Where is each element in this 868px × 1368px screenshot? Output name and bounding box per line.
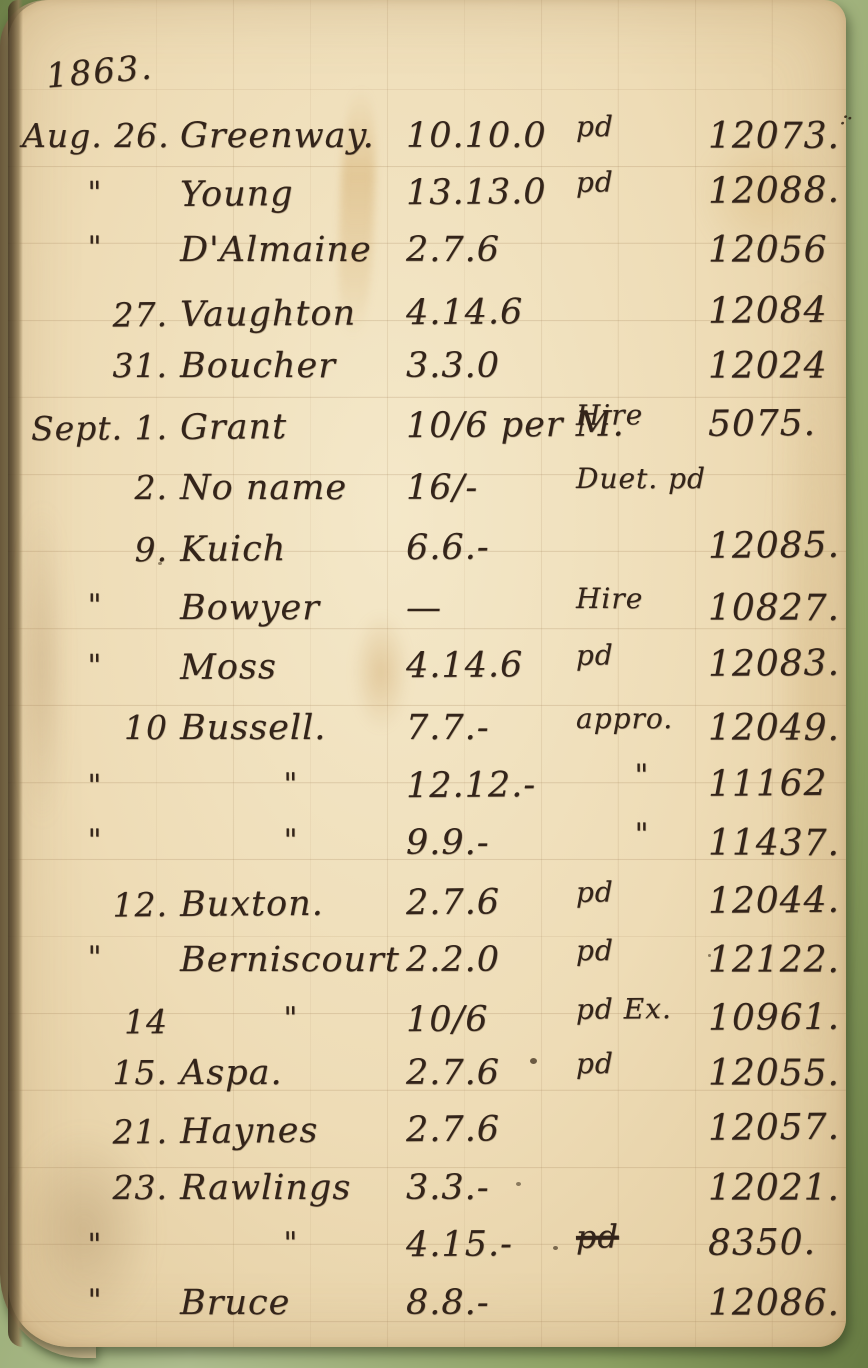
entry-date: ": [22, 768, 168, 804]
entry-amount: —: [406, 588, 572, 628]
entry-name: Moss: [180, 646, 402, 688]
entry-name: Berniscourt: [180, 940, 402, 980]
entry-amount: 9.9.-: [406, 823, 572, 863]
ledger-row: 12. Buxton. 2.7.6 pd 12044.: [8, 874, 846, 937]
entry-date: ": [22, 648, 168, 684]
entry-amount: 16/-: [406, 468, 572, 508]
entry-date: 31.: [22, 346, 168, 385]
ledger-page: :· 1863. Aug. 26. Greenway. 10.10.0 pd 1…: [8, 0, 846, 1347]
entry-date: Aug. 26.: [22, 116, 168, 155]
entry-name: Aspa.: [180, 1053, 402, 1093]
entry-remark: [576, 520, 708, 521]
entry-date: 9.: [22, 530, 168, 570]
entry-number: 12085.: [708, 525, 850, 567]
entry-date: ": [22, 940, 168, 975]
entry-date: 27.: [22, 295, 168, 335]
entry-amount: 2.7.6: [406, 1053, 572, 1093]
entry-number: 12044.: [708, 880, 850, 922]
entry-amount: 2.7.6: [406, 1109, 572, 1150]
entry-date: 23.: [22, 1168, 168, 1207]
entry-number: 10961.: [708, 997, 850, 1039]
entry-amount: 8.8.-: [406, 1283, 572, 1323]
entry-number: 12049.: [708, 708, 850, 749]
entry-number: 8350.: [708, 1222, 850, 1264]
entry-number: 12083.: [708, 643, 850, 685]
ledger-row: 9. Kuich 6.6.- 12085.: [8, 519, 846, 582]
entry-date: ": [22, 1227, 168, 1263]
entry-number: 12057.: [708, 1107, 850, 1149]
entry-number: 12021.: [708, 1168, 850, 1209]
entry-remark: Hire: [576, 582, 708, 615]
entry-name: ": [180, 1000, 402, 1037]
ledger-row: 14 " 10/6 pd Ex. 10961.: [8, 991, 846, 1054]
ledger-row: 31. Boucher 3.3.0 12024: [8, 340, 846, 396]
entry-amount: 12.12.-: [406, 765, 572, 806]
entry-number: 12056: [708, 230, 850, 271]
entry-name: Rawlings: [180, 1168, 402, 1208]
ledger-row: " Bruce 8.8.- 12086.: [8, 1277, 846, 1333]
entry-amount: 13.13.0: [406, 172, 572, 213]
entry-name: Boucher: [180, 346, 402, 386]
ledger-row: 21. Haynes 2.7.6 12057.: [8, 1101, 846, 1164]
entry-date: 15.: [22, 1053, 168, 1092]
entry-number: 12122.: [708, 940, 850, 981]
entry-name: Haynes: [180, 1110, 402, 1152]
entry-number: 12084: [708, 290, 850, 332]
entry-date: ": [22, 1283, 168, 1318]
entry-date: 2.: [22, 468, 168, 507]
entry-number: 12055.: [708, 1053, 850, 1094]
entry-amount: 4.14.6: [406, 645, 572, 686]
ledger-row: 23. Rawlings 3.3.- 12021.: [8, 1162, 846, 1218]
entries-layer: 1863. Aug. 26. Greenway. 10.10.0 pd 1207…: [8, 0, 846, 1347]
entry-remark: Duet. pd: [576, 462, 708, 495]
entry-remark: pd: [576, 110, 708, 143]
entry-number: 5075.: [708, 403, 850, 445]
entry-date: ": [22, 230, 168, 265]
entry-name: Kuich: [180, 528, 402, 570]
ledger-row: 15. Aspa. 2.7.6 pd 12055.: [8, 1047, 846, 1103]
ledger-row: 27. Vaughton 4.14.6 12084: [8, 284, 846, 347]
entry-name: Bussell.: [180, 708, 402, 748]
entry-remark: [576, 1102, 708, 1103]
ledger-row: " " 12.12.- " 11162: [8, 757, 846, 820]
entry-name: Greenway.: [180, 116, 402, 156]
entry-remark: ": [576, 758, 708, 794]
ledger-row: " " 9.9.- " 11437.: [8, 817, 846, 873]
entry-date: ": [22, 175, 168, 211]
ledger-row: " D'Almaine 2.7.6 12056: [8, 224, 846, 280]
year-label: 1863.: [44, 47, 154, 96]
entry-date: 12.: [22, 885, 168, 925]
entry-number: 12073.: [708, 116, 850, 157]
entry-name: Bruce: [180, 1283, 402, 1323]
entry-remark: Hire: [576, 398, 708, 432]
entry-number: 12024: [708, 346, 850, 387]
entry-date: 10: [22, 708, 168, 747]
entry-name: ": [180, 1225, 402, 1262]
entry-name: ": [180, 766, 402, 803]
ledger-row: Aug. 26. Greenway. 10.10.0 pd 12073.: [8, 110, 846, 166]
entry-name: Buxton.: [180, 883, 402, 925]
entry-date: 14: [22, 1002, 168, 1042]
entry-amount: 10/6: [406, 999, 572, 1040]
entry-amount: 7.7.-: [406, 708, 572, 748]
entry-amount: 2.7.6: [406, 882, 572, 923]
entry-amount: 2.7.6: [406, 230, 572, 270]
entry-amount: 10/6 per M.: [406, 405, 572, 446]
ledger-row: " " 4.15.- pd 8350.: [8, 1216, 846, 1279]
entry-name: No name: [180, 468, 402, 508]
entry-remark: pd: [576, 165, 708, 199]
ledger-row: 2. No name 16/- Duet. pd: [8, 462, 846, 518]
entry-date: 21.: [22, 1112, 168, 1152]
entry-number: 11162: [708, 763, 850, 805]
entry-number: 12086.: [708, 1283, 850, 1324]
entry-remark: pd: [576, 934, 708, 967]
entry-number: 10827.: [708, 588, 850, 629]
entry-amount: 3.3.0: [406, 346, 572, 386]
entry-amount: 6.6.-: [406, 527, 572, 568]
entry-amount: 4.14.6: [406, 292, 572, 333]
ledger-row: " Berniscourt 2.2.0 pd 12122.: [8, 934, 846, 990]
entry-remark: pd: [576, 1217, 708, 1256]
entry-amount: 10.10.0: [406, 116, 572, 156]
ledger-row: " Young 13.13.0 pd 12088.: [8, 164, 846, 227]
entry-remark: [576, 285, 708, 286]
entry-name: D'Almaine: [180, 230, 402, 270]
entry-remark: appro.: [576, 702, 708, 735]
entry-remark: ": [576, 817, 708, 852]
entry-remark: pd Ex.: [576, 992, 708, 1026]
entry-remark: pd: [576, 638, 708, 672]
entry-number: 11437.: [708, 823, 850, 864]
entry-amount: 4.15.-: [406, 1224, 572, 1265]
entry-date: ": [22, 588, 168, 623]
entry-amount: 3.3.-: [406, 1168, 572, 1208]
ledger-row: Sept. 1. Grant 10/6 per M. Hire 5075.: [8, 397, 846, 460]
ledger-row: " Moss 4.14.6 pd 12083.: [8, 637, 846, 700]
entry-date: Sept. 1.: [22, 408, 168, 448]
entry-name: Vaughton: [180, 293, 402, 335]
entry-name: Grant: [180, 406, 402, 448]
entry-amount: 2.2.0: [406, 940, 572, 980]
entry-name: Young: [180, 173, 402, 215]
entry-remark: pd: [576, 875, 708, 909]
ledger-row: " Bowyer — Hire 10827.: [8, 582, 846, 638]
entry-remark: pd: [576, 1047, 708, 1080]
entry-name: Bowyer: [180, 588, 402, 628]
ledger-row: 10 Bussell. 7.7.- appro. 12049.: [8, 702, 846, 758]
entry-name: ": [180, 823, 402, 858]
entry-number: 12088.: [708, 170, 850, 212]
entry-date: ": [22, 823, 168, 858]
